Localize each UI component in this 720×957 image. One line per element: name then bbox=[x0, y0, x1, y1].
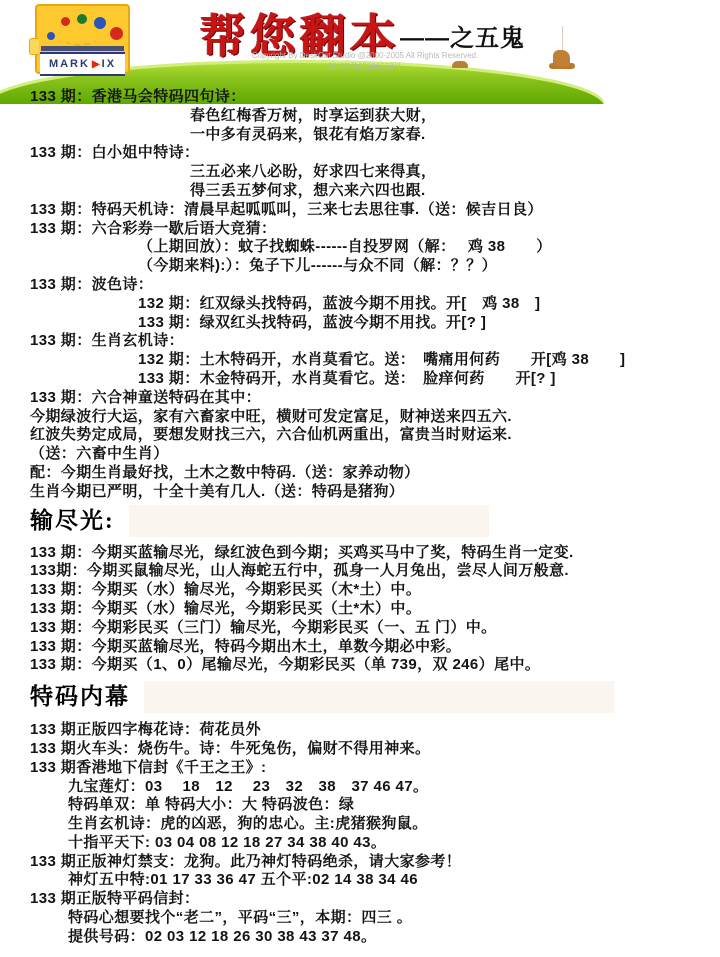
icp-number: 琼ICP备05006668号 bbox=[230, 61, 500, 72]
section-heading: 特码内幕 bbox=[30, 681, 130, 713]
text-line: （上期回放）：蚊子找蜘蛛------自投罗网（解： 鸡 38 ） bbox=[30, 238, 702, 257]
logo-smile-curve bbox=[63, 30, 97, 46]
text-line: 133 期：绿双红头找特码，蓝波今期不用找。开[? ] bbox=[30, 314, 702, 333]
logo-dot-red-large bbox=[110, 27, 123, 40]
text-line: （今期来料):）：兔子下儿------与众不同（解：？？） bbox=[30, 257, 702, 276]
text-line: 133 期：今期彩民买（三门）输尽光，今期彩民买（一、五 门）中。 bbox=[30, 619, 702, 638]
text-line: 133 期香港地下信封《千王之王》: bbox=[30, 759, 702, 778]
heading-highlight-box bbox=[144, 681, 614, 713]
text-line: 133 期：波色诗： bbox=[30, 276, 702, 295]
text-line: 133 期：六合彩券一歇后语大竞猜： bbox=[30, 220, 702, 239]
text-line: 九宝莲灯：03 18 12 23 32 38 37 46 47。 bbox=[30, 778, 702, 797]
section-heading-row: 输尽光: bbox=[30, 505, 702, 537]
text-line: 一中多有灵码来，银花有焰万家春. bbox=[30, 126, 702, 145]
text-line: 特码单双：单 特码大小：大 特码波色：绿 bbox=[30, 796, 702, 815]
text-line: 133 期：今期买蓝输尽光，绿红波色到今期；买鸡买马中了奖，特码生肖一定变. bbox=[30, 544, 702, 563]
text-line: 生肖玄机诗：虎的凶恶，狗的忠心。主:虎猪猴狗鼠。 bbox=[30, 815, 702, 834]
logo-dot-red bbox=[61, 17, 70, 26]
text-line: 三五必来八必盼，好求四七来得真， bbox=[30, 163, 702, 182]
header: MARK▶IX 帮您翻本——之五鬼 Copyright By DeskCat S… bbox=[0, 0, 720, 84]
text-line: 特码心想要找个“老二”，平码“三”，本期：四三 。 bbox=[30, 909, 702, 928]
text-line: （送：六畜中生肖） bbox=[30, 445, 702, 464]
logo-strip bbox=[41, 46, 124, 51]
logo-dot-blue-large bbox=[94, 17, 106, 29]
copyright-block: Copyright By DeskCat Studio @2000-2005 A… bbox=[230, 50, 500, 72]
text-line: 红波失势定成局，要想发财找三六，六合仙机两重出，富贵当时财运来. bbox=[30, 426, 702, 445]
text-line: 132 期：土木特码开，水肖莫看它。送： 嘴痛用何药 开[鸡 38 ] bbox=[30, 351, 702, 370]
text-line: 今期绿波行大运，家有六畜家中旺，横财可发定富足，财神送来四五六. bbox=[30, 408, 702, 427]
text-line: 133期：今期买鼠输尽光，山人海蛇五行中，孤身一人月兔出，尝尽人间万般意. bbox=[30, 562, 702, 581]
text-line: 133 期：特码天机诗：清晨早起呱呱叫，三来七去思往事.（送：候吉日良） bbox=[30, 201, 702, 220]
logo-dot-blue bbox=[47, 32, 55, 40]
text-line: 133 期正版神灯禁支：龙狗。此乃神灯特码绝杀，请大家参考！ bbox=[30, 853, 702, 872]
text-line: 133 期：生肖玄机诗： bbox=[30, 332, 702, 351]
text-line: 133 期：今期买（水）输尽光，今期彩民买（土*木）中。 bbox=[30, 600, 702, 619]
text-line: 得三丢五梦何求，想六来六四也跟. bbox=[30, 182, 702, 201]
mark-six-logo: MARK▶IX bbox=[35, 4, 130, 74]
text-line: 133 期：白小姐中特诗： bbox=[30, 144, 702, 163]
section-heading: 输尽光: bbox=[30, 505, 115, 537]
logo-dot-green bbox=[77, 14, 87, 24]
logo-word: MARK bbox=[49, 58, 90, 70]
page: MARK▶IX 帮您翻本——之五鬼 Copyright By DeskCat S… bbox=[0, 0, 720, 957]
text-line: 133 期正版四字梅花诗：荷花员外 bbox=[30, 721, 702, 740]
page-title-suffix: ——之五鬼 bbox=[400, 25, 525, 52]
logo-tab bbox=[29, 38, 39, 55]
text-line: 133 期：六合神童送特码在其中： bbox=[30, 389, 702, 408]
copyright-line: Copyright By DeskCat Studio @2000-2005 A… bbox=[230, 50, 500, 61]
arrow-icon: ▶ bbox=[92, 59, 100, 70]
text-line: 十指平天下: 03 04 08 12 18 27 34 38 40 43。 bbox=[30, 834, 702, 853]
text-line: 提供号码：02 03 12 18 26 30 38 43 37 48。 bbox=[30, 928, 702, 947]
text-line: 配：今期生肖最好找，土木之数中特码.（送：家养动物） bbox=[30, 464, 702, 483]
content: 133 期：香港马会特码四句诗：春色红梅香万树，时享运到获大财，一中多有灵码来，… bbox=[0, 84, 720, 957]
text-line: 春色红梅香万树，时享运到获大财， bbox=[30, 107, 702, 126]
text-line: 133 期火车头：烧伤牛。诗：牛死兔伤，偏财不得用神来。 bbox=[30, 740, 702, 759]
text-line: 133 期：木金特码开，水肖莫看它。送： 脸痒何药 开[? ] bbox=[30, 370, 702, 389]
section-heading-row: 特码内幕 bbox=[30, 681, 702, 713]
text-line: 133 期：今期买蓝输尽光，特码今期出木土，单数今期必中彩。 bbox=[30, 638, 702, 657]
text-line: 133 期：香港马会特码四句诗： bbox=[30, 88, 702, 107]
heading-highlight-box bbox=[129, 505, 489, 537]
text-line: 133 期：今期买（1、0）尾输尽光，今期彩民买（单 739，双 246）尾中。 bbox=[30, 656, 702, 675]
text-line: 133 期正版特平码信封： bbox=[30, 890, 702, 909]
hill-figure bbox=[553, 50, 570, 66]
logo-wordmark: MARK▶IX bbox=[40, 52, 125, 76]
text-line: 生肖今期已严明，十全十美有几人.（送：特码是猪狗） bbox=[30, 483, 702, 502]
text-line: 132 期：红双绿头找特码，蓝波今期不用找。开[ 鸡 38 ] bbox=[30, 295, 702, 314]
text-line: 133 期：今期买（水）输尽光，今期彩民买（木*土）中。 bbox=[30, 581, 702, 600]
hill-stick bbox=[562, 26, 563, 52]
logo-word-end: IX bbox=[102, 58, 116, 70]
text-line: 神灯五中特:01 17 33 36 47 五个平:02 14 38 34 46 bbox=[30, 871, 702, 890]
